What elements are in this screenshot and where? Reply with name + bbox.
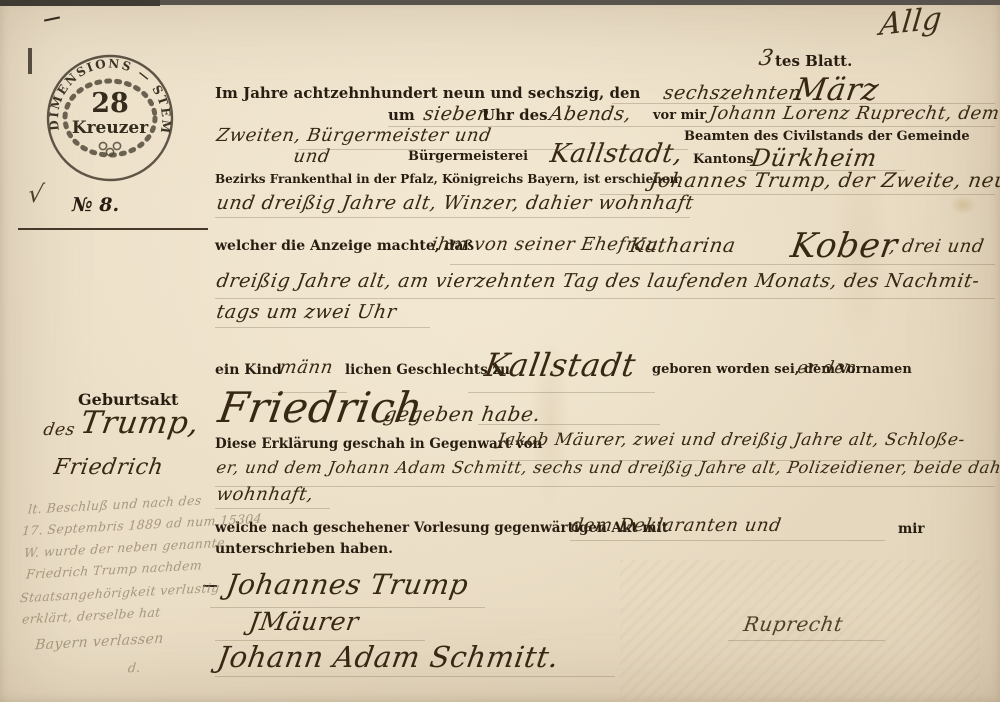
pencil-note-line: Bayern verlassen [34, 631, 164, 654]
document-number: № 8. [72, 194, 119, 216]
margin-of: des [42, 420, 77, 440]
ruled-line [490, 460, 995, 461]
paper-stain [950, 195, 976, 215]
entry-birth-datetime: dreißig Jahre alt, am vierzehnten Tag de… [215, 270, 981, 292]
entry-birthplace: Kallstadt [482, 346, 639, 384]
pencil-note-line: W. wurde der neben genannte [23, 535, 225, 561]
signature-witness1: JMäurer [247, 607, 361, 636]
entry-birth-time: tags um zwei Uhr [215, 301, 398, 323]
form-text-firstname: Vornamen [838, 362, 912, 377]
entry-declarant-name: Johannes Trump, der Zweite, neun [648, 168, 1000, 192]
sheet-number-label: tes Blatt. [775, 52, 852, 70]
form-text-signed: unterschrieben haben. [215, 541, 393, 557]
entry-given-suffix: gegeben habe. [382, 402, 543, 426]
entry-declarant-details: und dreißig Jahre alt, Winzer, dahier wo… [215, 192, 695, 214]
signature-registrar: Ruprecht [742, 612, 845, 636]
pencil-note-line: d. [127, 660, 141, 676]
ruled-line [478, 424, 660, 425]
ruled-line [612, 103, 995, 104]
corner-annotation: Allg [878, 1, 944, 43]
stamp-denomination: 28 [91, 88, 129, 119]
ruled-line [298, 149, 688, 150]
entry-declarant-ref: dem Deklaranten und [570, 515, 783, 536]
ruled-line [215, 486, 995, 487]
ruled-line [745, 170, 905, 171]
pencil-note-line: Staatsangehörigkeit verlustig [19, 580, 220, 606]
entry-mother-firstname: Katharina [628, 233, 738, 257]
signature-witness2: Johann Adam Schmitt. [215, 640, 562, 674]
entry-witness1: Jakob Mäurer, zwei und dreißig Jahre alt… [496, 430, 967, 450]
stamp-currency: Kreuzer [72, 118, 149, 138]
ruled-line [215, 327, 430, 328]
ruled-line [450, 264, 995, 265]
ruled-line [388, 126, 995, 127]
ruled-line [215, 508, 330, 509]
pencil-note-line: erklärt, derselbe hat [21, 604, 161, 626]
ruled-line [570, 540, 885, 541]
pencil-note-line: Friedrich Trump nachdem [25, 557, 202, 581]
entry-day: sechszehnten [662, 82, 803, 104]
ink-speck [28, 48, 32, 74]
ruled-line [468, 392, 655, 393]
form-text-district: Bezirks Frankenthal in der Pfalz, Königr… [215, 172, 678, 186]
ruled-line [215, 298, 995, 299]
sheet-number-script: 3 [757, 46, 776, 71]
entry-registrar-name: Johann Lorenz Ruprecht, dem [708, 103, 1000, 124]
form-text-civil-officer: Beamten des Civilstands der Gemeinde [684, 129, 970, 144]
check-mark: √ [26, 180, 46, 208]
form-text-at: um [388, 106, 415, 124]
signature-declarant: Johannes Trump [224, 568, 471, 601]
entry-gender: männ [278, 357, 335, 378]
form-text-witness-intro: Diese Erklärung geschah in Gegenwart von [215, 436, 542, 452]
revenue-stamp: DIMENSIONS — STEMPEL 28 Kreuzer [40, 50, 180, 194]
ruled-line [215, 217, 690, 218]
margin-given-name: Friedrich [52, 455, 165, 480]
entry-registrar-title: Zweiten, Bürgermeister und [215, 125, 493, 146]
ruled-line [215, 676, 615, 677]
ruled-line [600, 194, 995, 195]
entry-residing: wohnhaft, [215, 484, 315, 505]
ruled-line [272, 392, 347, 393]
entry-mother-age-begin: , drei und [888, 236, 986, 257]
margin-divider-line [18, 228, 208, 230]
form-text-mayoralty: Bürgermeisterei [408, 149, 528, 164]
document-page: DIMENSIONS — STEMPEL 28 Kreuzer √ № 8. A… [0, 0, 1000, 702]
form-text-year: Im Jahre achtzehnhundert neun und sechsz… [215, 84, 640, 102]
entry-wife-intro: ihm von seiner Ehefrau [430, 234, 660, 255]
entry-municipality: Kallstadt, [548, 139, 685, 169]
pencil-note-line: lt. Beschluß und nach des [27, 492, 202, 516]
form-text-canton: Kantons [693, 152, 754, 167]
form-text-oclock: Uhr des [482, 106, 548, 124]
entry-daypart: Abends, [548, 103, 633, 125]
margin-surname: Trump, [78, 405, 202, 441]
ruled-line [210, 607, 485, 608]
form-text-me: mir [898, 521, 925, 537]
ruled-line [215, 640, 425, 641]
scan-edge-corner [0, 0, 160, 6]
ink-speck [44, 16, 60, 21]
form-text-before-me: vor mir [653, 108, 706, 123]
entry-mother-surname: Kober [788, 226, 900, 266]
ruled-line [728, 640, 885, 641]
form-text-a-child: ein Kind [215, 362, 282, 378]
